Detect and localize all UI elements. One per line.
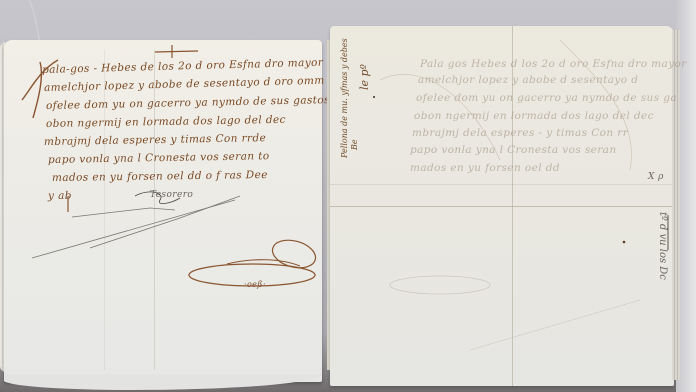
ink-strokes-verso [0,0,696,392]
